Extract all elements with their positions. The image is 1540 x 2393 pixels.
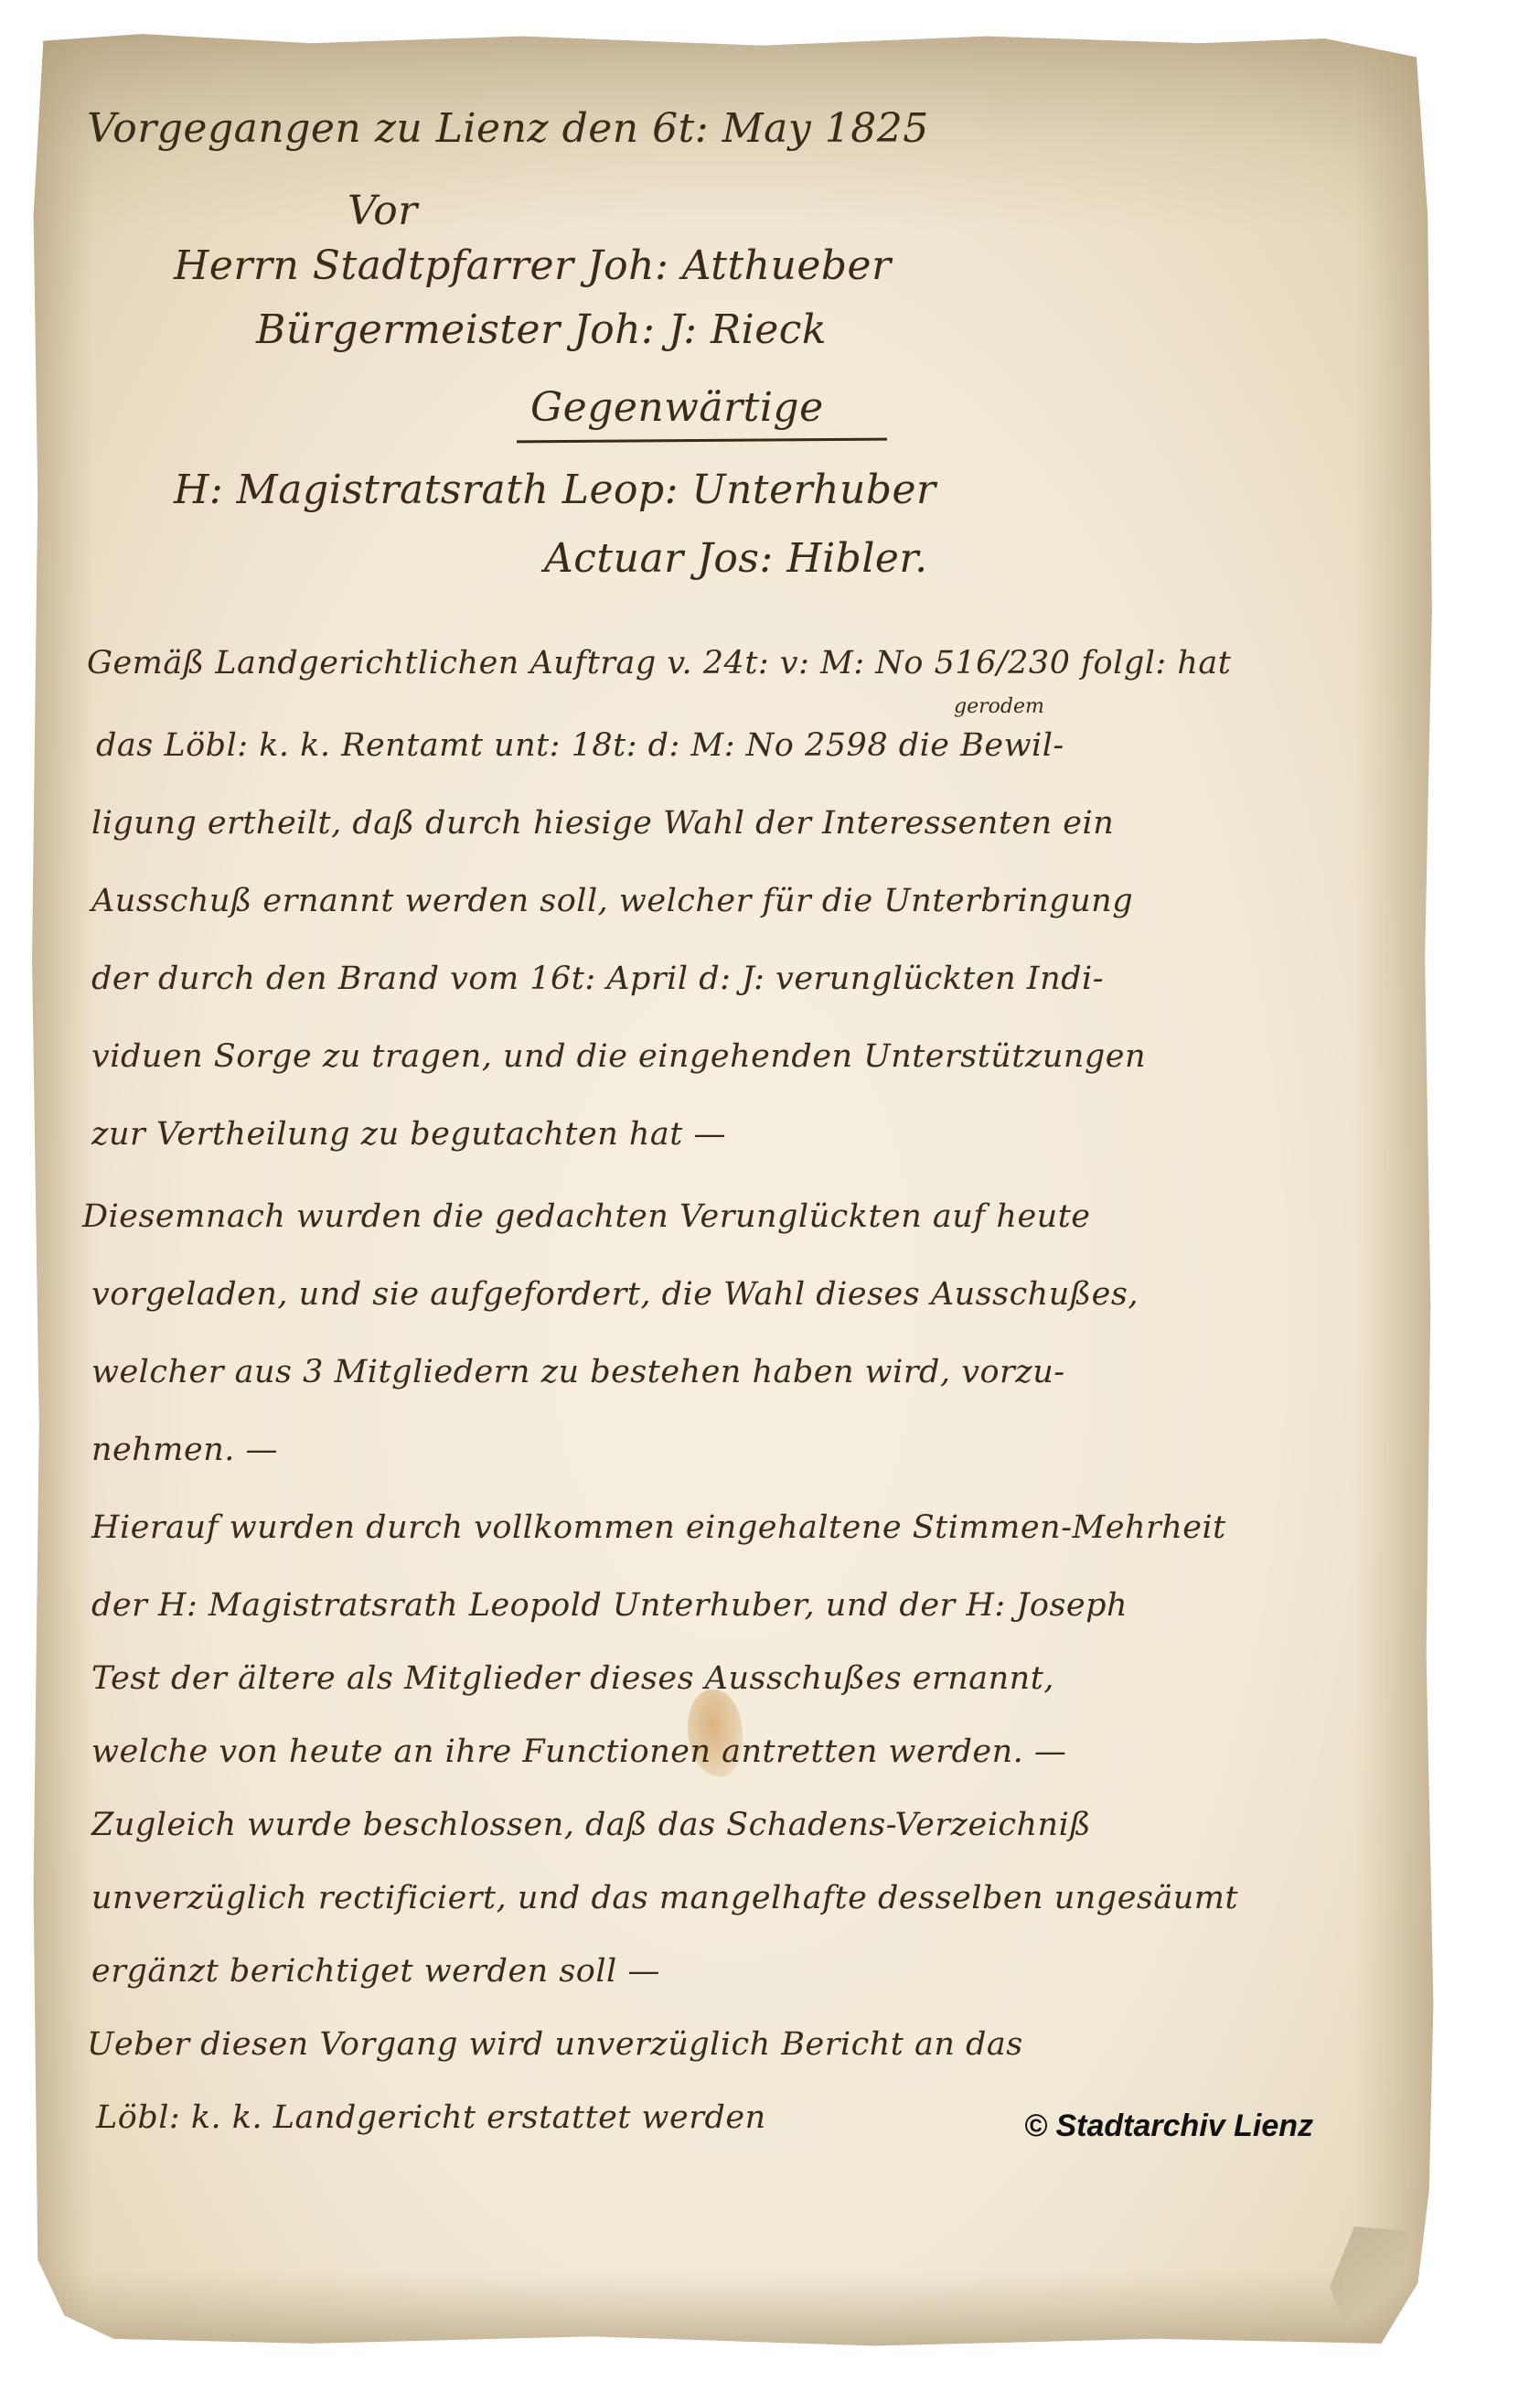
body-line: viduen Sorge zu tragen, und die eingehen…	[91, 1038, 1146, 1075]
body-line: Diesemnach wurden die gedachten Verunglü…	[82, 1198, 1091, 1235]
paper-aging-bottom	[29, 2270, 1438, 2353]
body-line: zur Vertheilung zu begutachten hat —	[91, 1116, 726, 1153]
body-line: welche von heute an ihre Functionen antr…	[91, 1733, 1066, 1770]
body-line: nehmen. —	[91, 1432, 278, 1468]
body-line: der durch den Brand vom 16t: April d: J:…	[91, 960, 1104, 997]
body-line: Ausschuß ernannt werden soll, welcher fü…	[91, 883, 1133, 919]
body-line: Gemäß Landgerichtlichen Auftrag v. 24t: …	[87, 645, 1231, 681]
copyright-watermark: © Stadtarchiv Lienz	[1024, 2109, 1313, 2144]
body-line: der H: Magistratsrath Leopold Unterhuber…	[91, 1587, 1128, 1624]
header-vor: Vor	[348, 188, 418, 234]
body-line: Ueber diesen Vorgang wird unverzüglich B…	[87, 2026, 1023, 2063]
presiding-pastor: Herrn Stadtpfarrer Joh: Atthueber	[174, 242, 892, 289]
present-heading: Gegenwärtige	[530, 384, 824, 431]
body-line: Zugleich wurde beschlossen, daß das Scha…	[91, 1807, 1091, 1843]
present-actuary: Actuar Jos: Hibler.	[544, 535, 928, 582]
body-line: ergänzt berichtiget werden soll —	[91, 1953, 660, 1990]
present-councillor: H: Magistratsrath Leop: Unterhuber	[174, 467, 936, 513]
paper-aging-right	[1355, 29, 1438, 2353]
presiding-mayor: Bürgermeister Joh: J: Rieck	[256, 306, 827, 353]
header-place-date: Vorgegangen zu Lienz den 6t: May 1825	[87, 105, 929, 152]
paper-aging-left	[29, 29, 93, 2353]
body-line: ligung ertheilt, daß durch hiesige Wahl …	[91, 805, 1114, 842]
body-line: das Löbl: k. k. Rentamt unt: 18t: d: M: …	[96, 727, 1064, 764]
document-page	[29, 29, 1438, 2353]
body-line: Test der ältere als Mitglieder dieses Au…	[91, 1660, 1054, 1697]
interlinear-note: gerodem	[954, 695, 1044, 718]
body-line: Hierauf wurden durch vollkommen eingehal…	[91, 1509, 1226, 1546]
body-line: unverzüglich rectificiert, und das mange…	[91, 1880, 1238, 1916]
body-line: Löbl: k. k. Landgericht erstattet werden	[96, 2099, 766, 2136]
body-line: welcher aus 3 Mitgliedern zu bestehen ha…	[91, 1354, 1065, 1390]
body-line: vorgeladen, und sie aufgefordert, die Wa…	[91, 1276, 1139, 1313]
